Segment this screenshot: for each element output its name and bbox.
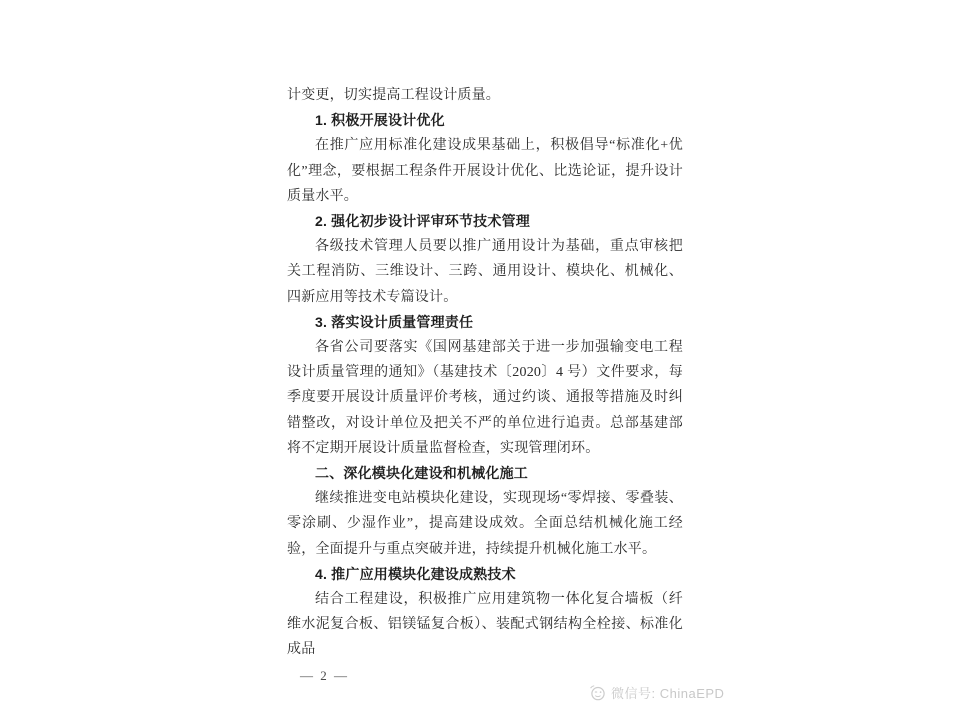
watermark-label: 微信号: ChinaEPD (611, 683, 724, 702)
paragraph: 继续推进变电站模块化建设，实现现场“零焊接、零叠装、零涂刷、少湿作业”，提高建设… (287, 486, 683, 562)
chapter-heading: 二、深化模块化建设和机械化施工 (287, 461, 683, 486)
section-heading: 1. 积极开展设计优化 (287, 108, 683, 133)
section-heading: 4. 推广应用模块化建设成熟技术 (287, 562, 683, 587)
paragraph: 计变更，切实提高工程设计质量。 (287, 83, 683, 108)
section-heading: 2. 强化初步设计评审环节技术管理 (287, 209, 683, 234)
paragraph: 各级技术管理人员要以推广通用设计为基础，重点审核把关工程消防、三维设计、三跨、通… (287, 234, 683, 310)
paragraph: 结合工程建设，积极推广应用建筑物一体化复合墙板（纤维水泥复合板、铝镁锰复合板）、… (287, 587, 683, 663)
paragraph: 各省公司要落实《国网基建部关于进一步加强输变电工程设计质量管理的通知》（基建技术… (287, 335, 683, 461)
section-heading: 3. 落实设计质量管理责任 (287, 310, 683, 335)
document-page: 计变更，切实提高工程设计质量。 1. 积极开展设计优化 在推广应用标准化建设成果… (0, 0, 960, 720)
watermark: 微信号: ChinaEPD (589, 683, 724, 702)
document-text-column: 计变更，切实提高工程设计质量。 1. 积极开展设计优化 在推广应用标准化建设成果… (287, 83, 683, 688)
wechat-face-icon (589, 684, 606, 701)
paragraph: 在推广应用标准化建设成果基础上，积极倡导“标准化+优化”理念，要根据工程条件开展… (287, 133, 683, 209)
